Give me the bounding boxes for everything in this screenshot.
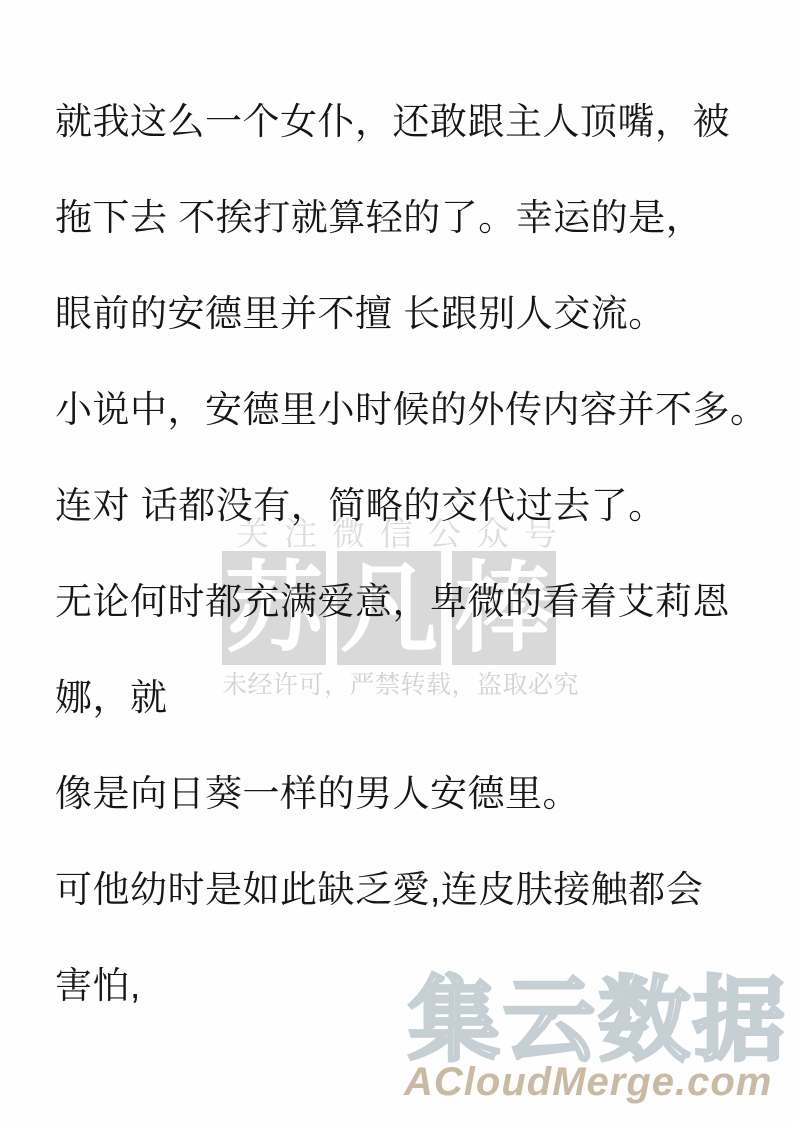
text-line: 拖下去 不挨打就算轻的了。幸运的是， [55,170,765,266]
text-line: 像是向日葵一样的男人安德里。 [55,746,765,842]
text-line: 连对 话都没有，简略的交代过去了。 [55,458,765,554]
brand-url-text: ACloudMerge.com [404,1062,772,1102]
text-line: 就我这么一个女仆，还敢跟主人顶嘴，被 [55,74,765,170]
text-line: 可他幼时是如此缺乏愛,连皮肤接触都会 [55,842,765,938]
text-line: 害怕, [55,938,765,1034]
text-line: 娜，就 [55,650,765,746]
text-line: 小说中，安德里小时候的外传内容并不多。 [55,362,765,458]
text-line: 无论何时都充满爱意，卑微的看着艾莉恩 [55,554,765,650]
novel-text-body: 就我这么一个女仆，还敢跟主人顶嘴，被 拖下去 不挨打就算轻的了。幸运的是， 眼前… [55,74,765,1034]
text-line: 眼前的安德里并不擅 长跟别人交流。 [55,266,765,362]
